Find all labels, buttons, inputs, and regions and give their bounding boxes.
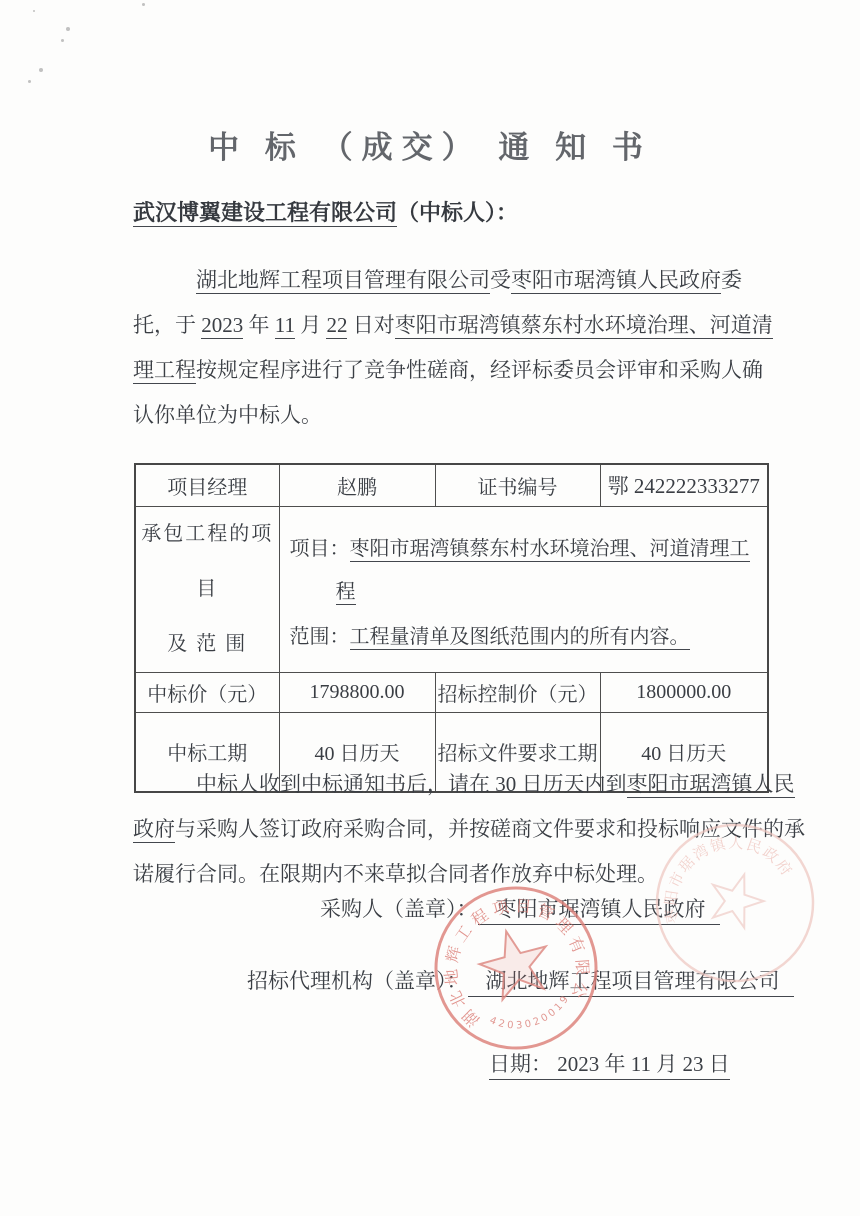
date-month: 11 <box>275 313 295 339</box>
award-details-table: 项目经理 赵鹏 证书编号 鄂 242222333277 承包工程的项目 及 范 … <box>134 463 769 793</box>
text-segment: 中标人收到中标通知书后，请在 30 日历天内到 <box>196 772 627 796</box>
document-title: 中 标 （成交） 通 知 书 <box>0 122 860 167</box>
scope-header-cell: 承包工程的项目 及 范 围 <box>135 506 279 672</box>
project-line: 项目：枣阳市琚湾镇蔡东村水环境治理、河道清理工 <box>290 532 762 561</box>
purchaser-signature-value: 枣阳市琚湾镇人民政府 <box>478 897 720 925</box>
text-segment: 按规定程序进行了竞争性磋商，经评标委员会评审和采购人确 <box>196 358 763 382</box>
scan-speck <box>142 3 145 6</box>
paragraph-line: 理工程按规定程序进行了竞争性磋商，经评标委员会评审和采购人确 <box>133 348 761 393</box>
scan-speck <box>33 10 35 12</box>
text-segment: 委 <box>721 268 742 292</box>
salutation-suffix: （中标人）： <box>397 200 518 225</box>
project-name-line1: 枣阳市琚湾镇蔡东村水环境治理、河道清理工 <box>350 538 750 562</box>
purchaser-name-part1: 枣阳市琚湾镇人民 <box>627 772 795 798</box>
date-day: 22 <box>326 313 347 339</box>
agency-name: 湖北地辉工程项目管理有限公司 <box>196 268 490 294</box>
paragraph-line: 托，于 2023 年 11 月 22 日对枣阳市琚湾镇蔡东村水环境治理、河道清 <box>133 303 761 348</box>
salutation-line: 武汉博翼建设工程有限公司（中标人）： <box>133 196 518 227</box>
scan-speck <box>39 68 43 72</box>
agency-signature-value: 湖北地辉工程项目管理有限公司 <box>468 969 794 997</box>
instructions-paragraph: 中标人收到中标通知书后，请在 30 日历天内到枣阳市琚湾镇人民 政府与采购人签订… <box>133 762 761 897</box>
project-line-wrap: 程 <box>336 575 762 604</box>
cert-label-cell: 证书编号 <box>435 464 600 506</box>
text-segment: 与采购人签订政府采购合同，并按磋商文件要求和投标响应文件的承 <box>175 817 805 841</box>
scope-value: 工程量清单及图纸范围内的所有内容。 <box>350 626 690 650</box>
text-segment: 日对 <box>347 313 394 337</box>
date-text: 日期： 2023 年 11 月 23 日 <box>489 1052 730 1080</box>
scope-header-line1: 承包工程的项目 <box>136 507 279 617</box>
paragraph-line: 湖北地辉工程项目管理有限公司受枣阳市琚湾镇人民政府委 <box>133 258 761 303</box>
agency-seal-label: 招标代理机构（盖章）： <box>247 969 468 993</box>
table-row: 承包工程的项目 及 范 围 项目：枣阳市琚湾镇蔡东村水环境治理、河道清理工 程 … <box>135 506 768 672</box>
scan-speck <box>28 80 31 83</box>
purchaser-signature-line: 采购人（盖章）：枣阳市琚湾镇人民政府 <box>320 893 720 923</box>
paragraph-line: 认你单位为中标人。 <box>133 393 761 438</box>
paragraph-line: 诺履行合同。在限期内不来草拟合同者作放弃中标处理。 <box>133 852 761 897</box>
cert-number-cell: 鄂 242222333277 <box>600 464 768 506</box>
text-segment: 受 <box>490 268 511 292</box>
scope-header-line2: 及 范 围 <box>136 617 279 672</box>
control-price-cell: 1800000.00 <box>600 672 768 712</box>
scope-label: 范围： <box>290 626 350 648</box>
scan-speck <box>66 27 70 31</box>
scan-speck <box>61 39 64 42</box>
project-name-line2: 程 <box>336 581 356 605</box>
bid-price-cell: 1798800.00 <box>279 672 435 712</box>
purchaser-seal-label: 采购人（盖章）： <box>320 897 478 921</box>
purchaser-name-part2: 政府 <box>133 817 175 843</box>
project-name-part2: 理工程 <box>133 358 196 384</box>
intro-paragraph: 湖北地辉工程项目管理有限公司受枣阳市琚湾镇人民政府委 托，于 2023 年 11… <box>133 258 761 438</box>
paragraph-line: 中标人收到中标通知书后，请在 30 日历天内到枣阳市琚湾镇人民 <box>133 762 761 807</box>
bid-price-label-cell: 中标价（元） <box>135 672 279 712</box>
project-label: 项目： <box>290 538 350 560</box>
scope-line: 范围：工程量清单及图纸范围内的所有内容。 <box>290 620 762 649</box>
text-segment: 月 <box>295 313 327 337</box>
text-segment: 年 <box>243 313 275 337</box>
date-label: 日期： <box>489 1052 552 1076</box>
table-row: 项目经理 赵鹏 证书编号 鄂 242222333277 <box>135 464 768 506</box>
text-segment: 托，于 <box>133 313 201 337</box>
manager-name-cell: 赵鹏 <box>279 464 435 506</box>
project-name-part1: 枣阳市琚湾镇蔡东村水环境治理、河道清 <box>395 313 773 339</box>
date-line: 日期： 2023 年 11 月 23 日 <box>489 1048 730 1078</box>
winner-company-name: 武汉博翼建设工程有限公司 <box>133 200 397 227</box>
purchaser-name: 枣阳市琚湾镇人民政府 <box>511 268 721 294</box>
agency-signature-line: 招标代理机构（盖章）：湖北地辉工程项目管理有限公司 <box>247 965 794 995</box>
table-row: 中标价（元） 1798800.00 招标控制价（元） 1800000.00 <box>135 672 768 712</box>
project-scope-cell: 项目：枣阳市琚湾镇蔡东村水环境治理、河道清理工 程 范围：工程量清单及图纸范围内… <box>279 506 768 672</box>
bid-award-notice-document: 中 标 （成交） 通 知 书 武汉博翼建设工程有限公司（中标人）： 湖北地辉工程… <box>0 0 860 1216</box>
manager-label-cell: 项目经理 <box>135 464 279 506</box>
date-value: 2023 年 11 月 23 日 <box>552 1052 730 1076</box>
date-year: 2023 <box>201 313 243 339</box>
control-price-label-cell: 招标控制价（元） <box>435 672 600 712</box>
paragraph-line: 政府与采购人签订政府采购合同，并按磋商文件要求和投标响应文件的承 <box>133 807 761 852</box>
